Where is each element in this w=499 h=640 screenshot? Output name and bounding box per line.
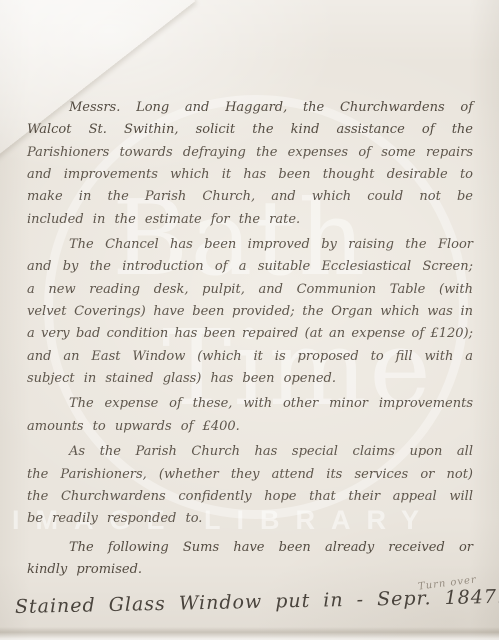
paragraph-sums: The following Sums have been already rec… [27,537,473,582]
text-line: The Chancel has been improved by raising… [27,234,473,256]
text-line: and improvements which it has been thoug… [27,164,473,186]
text-line: a very bad condition has been repaired (… [27,323,473,345]
text-line: Walcot St. Swithin, solicit the kind ass… [27,119,473,141]
text-line: kindly promised. [27,559,473,581]
paragraph-chancel: The Chancel has been improved by raising… [27,234,473,390]
text-line: included in the estimate for the rate. [27,209,473,231]
text-line: make in the Parish Church, and which cou… [27,186,473,208]
paragraph-expense: The expense of these, with other minor i… [27,393,473,438]
text-line: As the Parish Church has special claims … [27,441,473,463]
text-line: the Churchwardens confidently hope that … [27,486,473,508]
text-line: the Parishioners, (whether they attend i… [27,464,473,486]
manuscript-text: Messrs. Long and Haggard, the Churchward… [27,97,473,581]
text-line: velvet Coverings) have been provided; th… [27,301,473,323]
paragraph-intro: Messrs. Long and Haggard, the Churchward… [27,97,473,231]
text-line: subject in stained glass) has been opene… [27,368,473,390]
text-line: Parishioners towards defraying the expen… [27,142,473,164]
text-line: The following Sums have been already rec… [27,537,473,559]
paragraph-appeal: As the Parish Church has special claims … [27,441,473,530]
text-line: Messrs. Long and Haggard, the Churchward… [27,97,473,119]
text-line: and an East Window (which it is proposed… [27,346,473,368]
stained-glass-annotation: Stained Glass Window put in - Sepr. 1847… [15,586,499,618]
paper-bottom-edge [0,627,499,640]
scanned-document-page: Bath Time IMAGE LIBRARY Messrs. Long and… [0,0,499,640]
text-line: a new reading desk, pulpit, and Communio… [27,279,473,301]
text-line: amounts to upwards of £400. [27,416,473,438]
text-line: The expense of these, with other minor i… [27,393,473,415]
text-line: be readily responded to. [27,508,473,530]
text-line: and by the introduction of a suitable Ec… [27,256,473,278]
